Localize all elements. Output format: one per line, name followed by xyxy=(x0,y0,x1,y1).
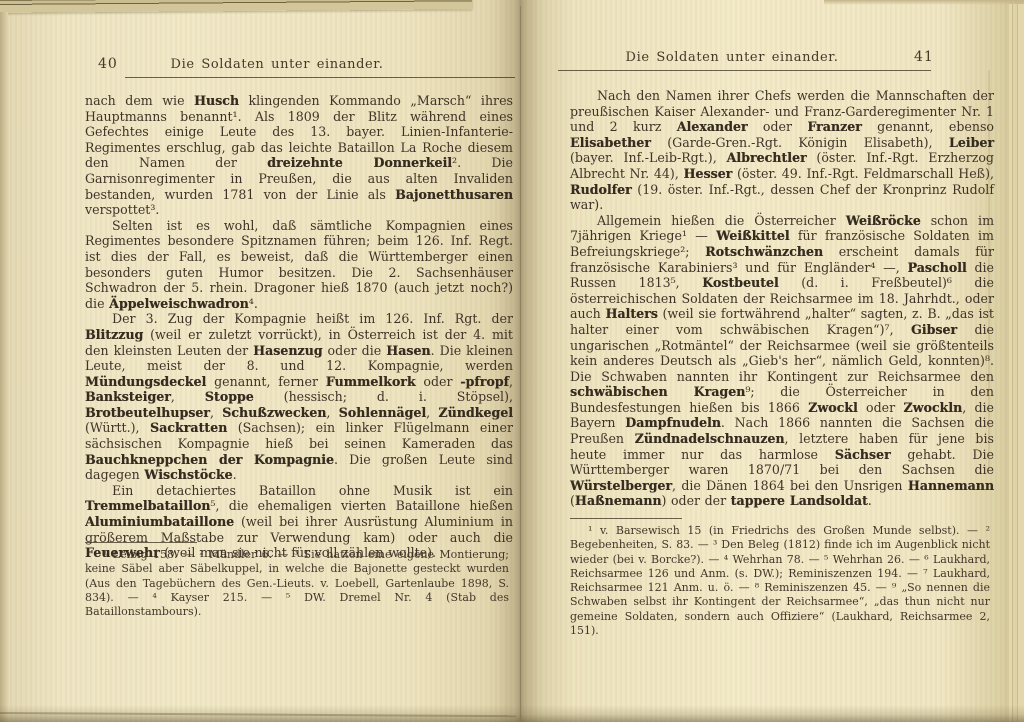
footnote-rule-right xyxy=(570,518,682,519)
emphasized-term: Bajonetthusaren xyxy=(395,187,513,202)
paragraph: Nach den Namen ihrer Chefs werden die Ma… xyxy=(570,88,994,213)
footnote-text-left: ¹ Leibig 158. — ² Mändler 6. — ³ Sie hat… xyxy=(85,548,509,619)
paragraph: nach dem wie Husch klingenden Kommando „… xyxy=(85,93,513,218)
emphasized-term: Wischstöcke xyxy=(144,467,232,482)
emphasized-term: Haßnemann xyxy=(575,493,662,508)
emphasized-term: Alexander xyxy=(677,119,748,134)
page-left: 40 Die Soldaten unter einander. nach dem… xyxy=(85,50,513,710)
emphasized-term: Weißröcke xyxy=(846,213,921,228)
emphasized-term: Rudolfer xyxy=(570,182,632,197)
emphasized-term: Tremmelbataillon xyxy=(85,498,210,513)
emphasized-term: Zwockl xyxy=(808,400,858,415)
book-gutter-crease xyxy=(520,6,521,718)
emphasized-term: Stoppe xyxy=(205,389,254,404)
emphasized-term: Brotbeutelhupser xyxy=(85,405,210,420)
emphasized-term: Zündnadelschnauzen xyxy=(635,431,785,446)
emphasized-term: Weißkittel xyxy=(716,228,789,243)
emphasized-term: Sackratten xyxy=(150,420,227,435)
book-left-page-edge xyxy=(0,12,8,722)
emphasized-term: Husch xyxy=(194,93,239,108)
emphasized-term: Leiber xyxy=(949,135,994,150)
emphasized-term: Hasen xyxy=(386,343,430,358)
paragraph: Allgemein hießen die Österreicher Weißrö… xyxy=(570,213,994,509)
paragraph: Selten ist es wohl, daß sämtliche Kompag… xyxy=(85,218,513,312)
page-header-right: Die Soldaten unter einander. 41 xyxy=(570,42,994,88)
page-body-right: Nach den Namen ihrer Chefs werden die Ma… xyxy=(570,88,994,509)
emphasized-term: Zwockln xyxy=(903,400,962,415)
emphasized-term: Franzer xyxy=(807,119,861,134)
footnote-rule-left xyxy=(85,542,197,543)
emphasized-term: Albrechtler xyxy=(727,150,807,165)
emphasized-term: Sohlennägel xyxy=(339,405,427,420)
running-head-left: Die Soldaten unter einander. xyxy=(41,57,513,72)
emphasized-term: tappere Landsoldat xyxy=(731,493,868,508)
emphasized-term: Kostbeutel xyxy=(702,275,779,290)
emphasized-term: Sächser xyxy=(835,447,891,462)
emphasized-term: Zündkegel xyxy=(438,405,513,420)
footnote-text-right: ¹ v. Barsewisch 15 (in Friedrichs des Gr… xyxy=(570,524,990,638)
book-top-right-edge xyxy=(824,0,1024,5)
emphasized-term: -pfropf xyxy=(460,374,509,389)
emphasized-term: Dampfnudeln xyxy=(625,415,721,430)
emphasized-term: dreizehnte Donnerkeil xyxy=(267,155,452,170)
emphasized-term: Fummelkork xyxy=(326,374,416,389)
emphasized-term: Banksteiger xyxy=(85,389,171,404)
page-body-left: nach dem wie Husch klingenden Kommando „… xyxy=(85,93,513,561)
emphasized-term: Aluminiumbataillone xyxy=(85,514,234,529)
emphasized-term: Äppelweischwadron xyxy=(109,296,249,311)
emphasized-term: Bauchkneppchen der Kompagnie xyxy=(85,452,334,467)
emphasized-term: schwäbischen Kragen xyxy=(570,384,745,399)
footnote-content-left: ¹ Leibig 158. — ² Mändler 6. — ³ Sie hat… xyxy=(85,548,509,618)
header-rule-left xyxy=(125,77,515,78)
book-right-page-edges xyxy=(1009,4,1024,722)
paragraph: Der 3. Zug der Kompagnie heißt im 126. I… xyxy=(85,311,513,483)
running-head-right: Die Soldaten unter einander. xyxy=(607,50,857,65)
header-rule-right xyxy=(558,70,931,71)
book-spread: 40 Die Soldaten unter einander. nach dem… xyxy=(0,0,1024,722)
emphasized-term: Blitzzug xyxy=(85,327,143,342)
emphasized-term: Schußzwecken xyxy=(222,405,326,420)
footnotes-left: ¹ Leibig 158. — ² Mändler 6. — ³ Sie hat… xyxy=(85,542,509,619)
emphasized-term: Pascholl xyxy=(908,260,967,275)
emphasized-term: Hesser xyxy=(684,166,733,181)
emphasized-term: Rotschwänzchen xyxy=(705,244,823,259)
footnote-content-right: ¹ v. Barsewisch 15 (in Friedrichs des Gr… xyxy=(570,524,990,637)
page-number-right: 41 xyxy=(914,49,934,65)
emphasized-term: Mündungsdeckel xyxy=(85,374,206,389)
emphasized-term: Hannemann xyxy=(908,478,994,493)
footnotes-right: ¹ v. Barsewisch 15 (in Friedrichs des Gr… xyxy=(570,518,990,638)
emphasized-term: Gibser xyxy=(911,322,957,337)
emphasized-term: Halters xyxy=(605,306,657,321)
page-header-left: 40 Die Soldaten unter einander. xyxy=(85,50,513,93)
emphasized-term: Würstelberger xyxy=(570,478,672,493)
emphasized-term: Elisabether xyxy=(570,135,651,150)
book-top-page-edges xyxy=(0,0,472,13)
emphasized-term: Hasenzug xyxy=(253,343,322,358)
page-right: Die Soldaten unter einander. 41 Nach den… xyxy=(570,42,994,710)
